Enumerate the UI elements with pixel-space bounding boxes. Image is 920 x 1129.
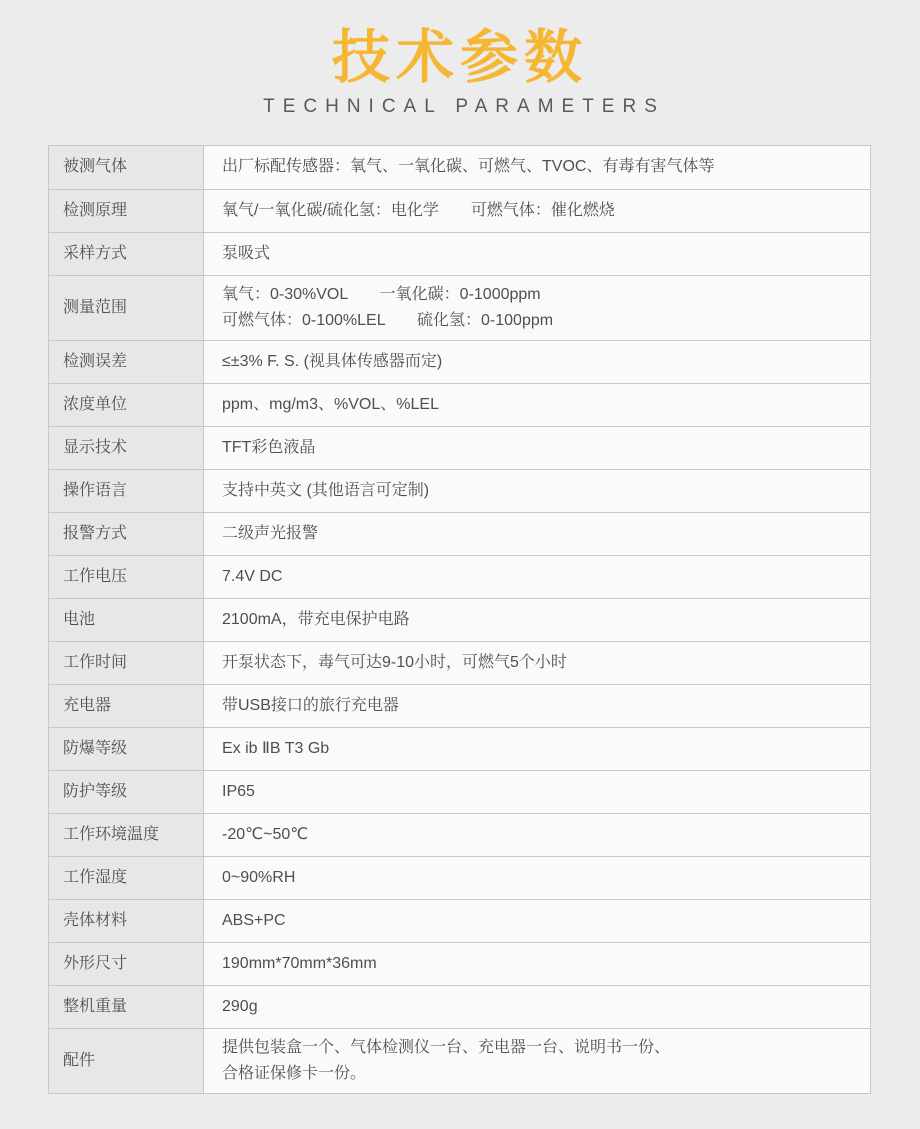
row-value: 7.4V DC xyxy=(204,556,870,598)
row-value: 氧气：0-30%VOL 一氧化碳：0-1000ppm 可燃气体：0-100%LE… xyxy=(204,276,870,340)
table-row: 整机重量 290g xyxy=(49,985,870,1028)
row-label: 工作时间 xyxy=(49,642,204,684)
row-label: 工作湿度 xyxy=(49,857,204,899)
table-row: 工作湿度 0~90%RH xyxy=(49,856,870,899)
row-label: 防护等级 xyxy=(49,771,204,813)
row-label: 显示技术 xyxy=(49,427,204,469)
table-row: 工作时间 开泵状态下，毒气可达9-10小时，可燃气5个小时 xyxy=(49,641,870,684)
table-row: 防爆等级 Ex ib ⅡB T3 Gb xyxy=(49,727,870,770)
row-value: IP65 xyxy=(204,771,870,813)
row-value: 带USB接口的旅行充电器 xyxy=(204,685,870,727)
row-value: 泵吸式 xyxy=(204,233,870,275)
table-row: 测量范围 氧气：0-30%VOL 一氧化碳：0-1000ppm 可燃气体：0-1… xyxy=(49,275,870,340)
row-label: 整机重量 xyxy=(49,986,204,1028)
table-row: 壳体材料 ABS+PC xyxy=(49,899,870,942)
page-subtitle: TECHNICAL PARAMETERS xyxy=(0,96,920,118)
row-label: 工作电压 xyxy=(49,556,204,598)
row-value: 290g xyxy=(204,986,870,1028)
table-row: 充电器 带USB接口的旅行充电器 xyxy=(49,684,870,727)
row-value: 190mm*70mm*36mm xyxy=(204,943,870,985)
row-label: 测量范围 xyxy=(49,276,204,340)
table-row: 检测误差 ≤±3% F. S. (视具体传感器而定) xyxy=(49,340,870,383)
row-value: 0~90%RH xyxy=(204,857,870,899)
row-label: 报警方式 xyxy=(49,513,204,555)
spec-table: 被测气体 出厂标配传感器：氧气、一氧化碳、可燃气、TVOC、有毒有害气体等 检测… xyxy=(48,145,871,1094)
row-value: ppm、mg/m3、%VOL、%LEL xyxy=(204,384,870,426)
row-label: 外形尺寸 xyxy=(49,943,204,985)
row-value: 提供包装盒一个、气体检测仪一台、充电器一台、说明书一份、 合格证保修卡一份。 xyxy=(204,1029,870,1093)
table-row: 报警方式 二级声光报警 xyxy=(49,512,870,555)
row-value: ABS+PC xyxy=(204,900,870,942)
table-row: 被测气体 出厂标配传感器：氧气、一氧化碳、可燃气、TVOC、有毒有害气体等 xyxy=(49,146,870,189)
page-header: 技术参数 TECHNICAL PARAMETERS xyxy=(0,0,920,118)
row-label: 操作语言 xyxy=(49,470,204,512)
table-row: 检测原理 氧气/一氧化碳/硫化氢：电化学 可燃气体：催化燃烧 xyxy=(49,189,870,232)
row-value: ≤±3% F. S. (视具体传感器而定) xyxy=(204,341,870,383)
table-row: 显示技术 TFT彩色液晶 xyxy=(49,426,870,469)
row-label: 壳体材料 xyxy=(49,900,204,942)
table-row: 操作语言 支持中英文 (其他语言可定制) xyxy=(49,469,870,512)
table-row: 外形尺寸 190mm*70mm*36mm xyxy=(49,942,870,985)
row-label: 被测气体 xyxy=(49,146,204,189)
row-value: Ex ib ⅡB T3 Gb xyxy=(204,728,870,770)
row-label: 防爆等级 xyxy=(49,728,204,770)
row-label: 电池 xyxy=(49,599,204,641)
row-value: 支持中英文 (其他语言可定制) xyxy=(204,470,870,512)
table-row: 工作电压 7.4V DC xyxy=(49,555,870,598)
row-label: 工作环境温度 xyxy=(49,814,204,856)
row-value: 出厂标配传感器：氧气、一氧化碳、可燃气、TVOC、有毒有害气体等 xyxy=(204,146,870,189)
table-row: 电池 2100mA，带充电保护电路 xyxy=(49,598,870,641)
row-value: 二级声光报警 xyxy=(204,513,870,555)
page-title: 技术参数 xyxy=(0,26,920,90)
row-value: 氧气/一氧化碳/硫化氢：电化学 可燃气体：催化燃烧 xyxy=(204,190,870,232)
row-value: TFT彩色液晶 xyxy=(204,427,870,469)
row-label: 配件 xyxy=(49,1029,204,1093)
row-value: 2100mA，带充电保护电路 xyxy=(204,599,870,641)
table-row: 浓度单位 ppm、mg/m3、%VOL、%LEL xyxy=(49,383,870,426)
row-label: 浓度单位 xyxy=(49,384,204,426)
row-value: -20℃~50℃ xyxy=(204,814,870,856)
row-label: 检测误差 xyxy=(49,341,204,383)
table-row: 采样方式 泵吸式 xyxy=(49,232,870,275)
row-label: 采样方式 xyxy=(49,233,204,275)
table-row: 工作环境温度 -20℃~50℃ xyxy=(49,813,870,856)
row-label: 检测原理 xyxy=(49,190,204,232)
table-row: 防护等级 IP65 xyxy=(49,770,870,813)
row-label: 充电器 xyxy=(49,685,204,727)
row-value: 开泵状态下，毒气可达9-10小时，可燃气5个小时 xyxy=(204,642,870,684)
table-row: 配件 提供包装盒一个、气体检测仪一台、充电器一台、说明书一份、 合格证保修卡一份… xyxy=(49,1028,870,1093)
